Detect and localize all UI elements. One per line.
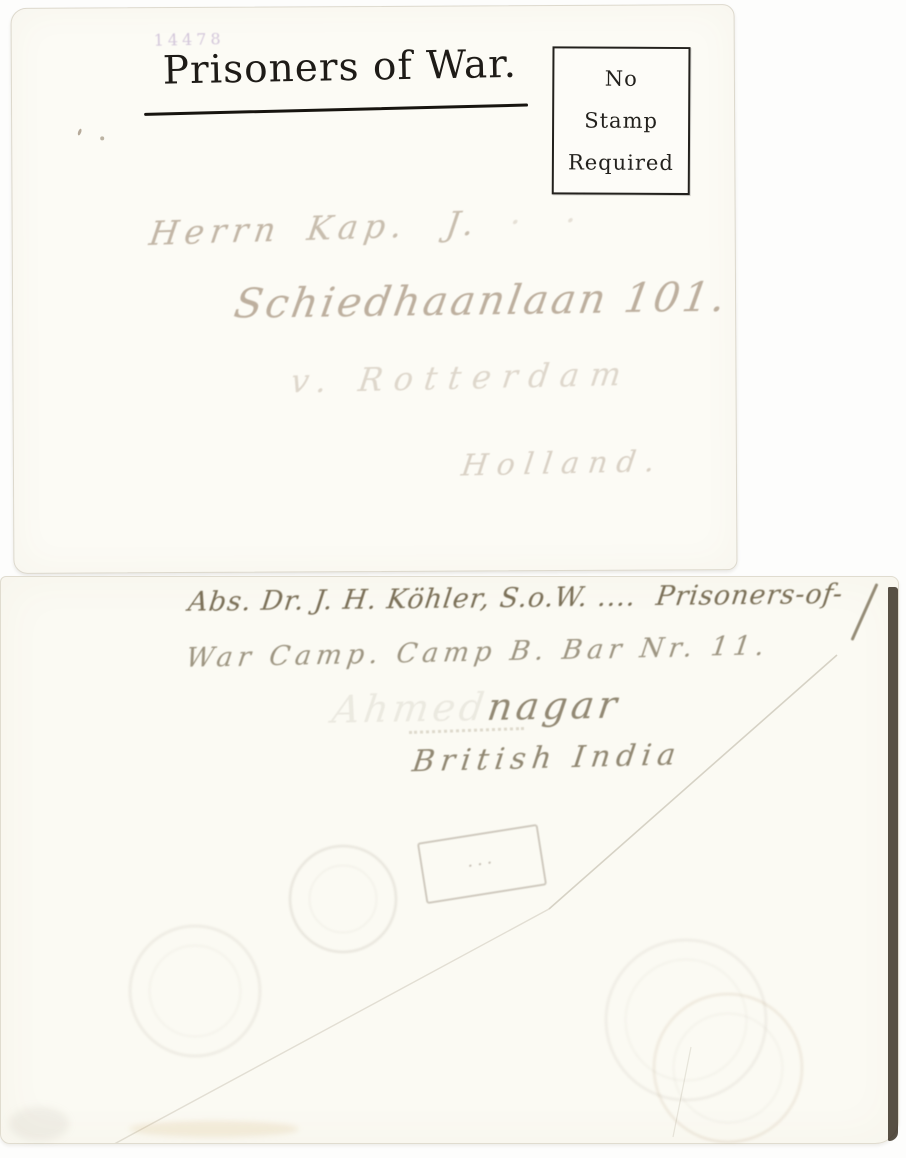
sender-line3-faint-part: Ahmed [330, 685, 491, 732]
address-line1-word3: · · [507, 200, 584, 241]
envelope-dark-edge [888, 587, 898, 1141]
postmark-inner-ring [309, 865, 377, 933]
envelope-back: Abs. Dr. J. H. Köhler, S.o.W. ....Prison… [0, 576, 899, 1144]
postcard-title: Prisoners of War. [149, 42, 530, 94]
faint-circular-postmark [653, 993, 803, 1143]
sender-line3-dark-part: nagar [485, 682, 624, 728]
no-stamp-line3: Required [568, 150, 674, 175]
address-line1-word2: Kap. J. [305, 203, 483, 247]
boxed-stamp-mark: ··· [466, 851, 498, 876]
scan-background: 14478 Prisoners of War. No Stamp Require… [0, 0, 906, 1158]
handwritten-address-line4: Holland. [459, 444, 666, 484]
title-underline [144, 104, 528, 116]
faint-circular-postmark [289, 845, 397, 953]
handwritten-address-line1: HerrnKap. J.· · [147, 200, 585, 253]
postmark-inner-ring [673, 1013, 783, 1123]
handwritten-address-line3: v. Rotterdam [288, 355, 634, 401]
postmark-inner-ring [149, 945, 241, 1037]
ink-speck [77, 128, 82, 136]
no-stamp-required-box: No Stamp Required [552, 46, 691, 195]
postcard-front: 14478 Prisoners of War. No Stamp Require… [11, 4, 738, 574]
sender-line1-part1: Abs. Dr. J. H. Köhler, S.o.W. .... [186, 582, 638, 618]
ink-speck [100, 136, 104, 140]
handwritten-sender-line4: British India [410, 738, 683, 780]
faint-circular-postmark [129, 925, 261, 1057]
address-line1-word1: Herrn [147, 210, 284, 253]
gray-smudge [9, 1107, 69, 1141]
sender-line1-part2: Prisoners-of- [654, 579, 845, 612]
yellow-ink-smudge [129, 1121, 299, 1137]
no-stamp-line2: Stamp [584, 109, 658, 133]
handwritten-address-line2: Schiedhaanlaan 101. [231, 273, 732, 328]
handwritten-sender-line3: Ahmednagar [330, 682, 624, 731]
no-stamp-line1: No [605, 67, 638, 91]
